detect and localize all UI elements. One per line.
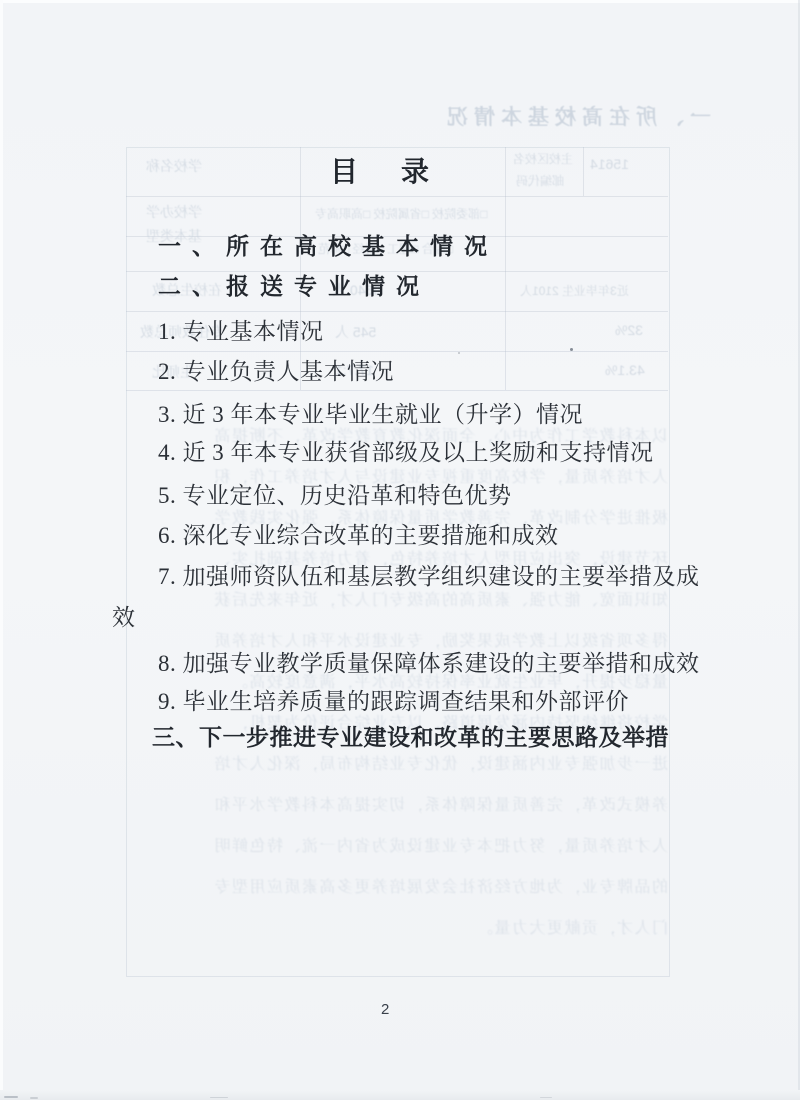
scan-speck bbox=[30, 1097, 38, 1099]
scan-speck bbox=[570, 348, 573, 351]
toc-item-7-continuation: 效 bbox=[112, 599, 136, 632]
ghost-cell: 主校区校名 bbox=[513, 150, 573, 167]
scan-speck bbox=[210, 1097, 228, 1098]
ghost-line: 养模式改革，完善质量保障体系，切实提高本科教学水平和 bbox=[128, 785, 668, 826]
ghost-table-line bbox=[583, 147, 584, 196]
toc-item-4: 4. 近 3 年本专业获省部级及以上奖励和支持情况 bbox=[158, 434, 654, 467]
scan-edge-left bbox=[0, 0, 3, 1100]
ghost-bleedthrough-header: 一、所在高校基本情况 bbox=[441, 101, 711, 131]
ghost-line: 人才培养质量，努力把本专业建设成为省内一流、特色鲜明 bbox=[128, 826, 668, 867]
ghost-cell: 学校办学 bbox=[146, 202, 202, 222]
scanned-document-page: { "document": { "title_char1": "目", "tit… bbox=[0, 0, 800, 1100]
ghost-line: 门人才，贡献更大力量。 bbox=[128, 908, 668, 949]
toc-section-2: 二、报送专业情况 bbox=[158, 268, 430, 301]
toc-section-3: 三、下一步推进专业建设和改革的主要思路及举措 bbox=[152, 719, 669, 752]
toc-item-6: 6. 深化专业综合改革的主要措施和成效 bbox=[158, 517, 559, 550]
toc-item-8: 8. 加强专业教学质量保障体系建设的主要举措和成效 bbox=[158, 645, 700, 678]
ghost-cell: 545 人 bbox=[335, 322, 376, 342]
scan-edge-top bbox=[0, 0, 800, 3]
scan-speck bbox=[540, 1097, 552, 1098]
ghost-cell: 邮编代码 bbox=[516, 172, 564, 189]
toc-item-3: 3. 近 3 年本专业毕业生就业（升学）情况 bbox=[158, 396, 583, 429]
ghost-table-line bbox=[505, 147, 506, 390]
page-number: 2 bbox=[381, 1001, 389, 1018]
ghost-cell: 15614 bbox=[590, 156, 629, 172]
ghost-cell: 43.1% bbox=[605, 362, 645, 378]
toc-item-2: 2. 专业负责人基本情况 bbox=[158, 353, 394, 386]
ghost-cell: 近3年毕业生 2101人 bbox=[520, 282, 629, 299]
toc-section-1: 一、所在高校基本情况 bbox=[158, 228, 498, 261]
ghost-table-line bbox=[126, 196, 668, 197]
ghost-cell: 32% bbox=[615, 322, 643, 338]
scan-speck bbox=[4, 1096, 18, 1098]
toc-item-1: 1. 专业基本情况 bbox=[158, 313, 324, 346]
ghost-table-line bbox=[126, 390, 668, 391]
toc-item-5: 5. 专业定位、历史沿革和特色优势 bbox=[158, 477, 512, 510]
ghost-cell: □部委院校 □省属院校 □高职高专 bbox=[315, 205, 487, 222]
toc-item-9: 9. 毕业生培养质量的跟踪调查结果和外部评价 bbox=[158, 683, 629, 716]
ghost-table-line bbox=[126, 351, 668, 352]
toc-item-7: 7. 加强师资队伍和基层教学组织建设的主要举措及成 bbox=[158, 558, 700, 591]
ghost-cell: 学校名称 bbox=[146, 156, 202, 176]
scan-speck bbox=[458, 352, 460, 354]
scan-edge-bottom bbox=[0, 1090, 800, 1100]
ghost-line: 的品牌专业，为地方经济社会发展培养更多高素质应用型专 bbox=[128, 867, 668, 908]
ghost-table-line bbox=[126, 311, 668, 312]
